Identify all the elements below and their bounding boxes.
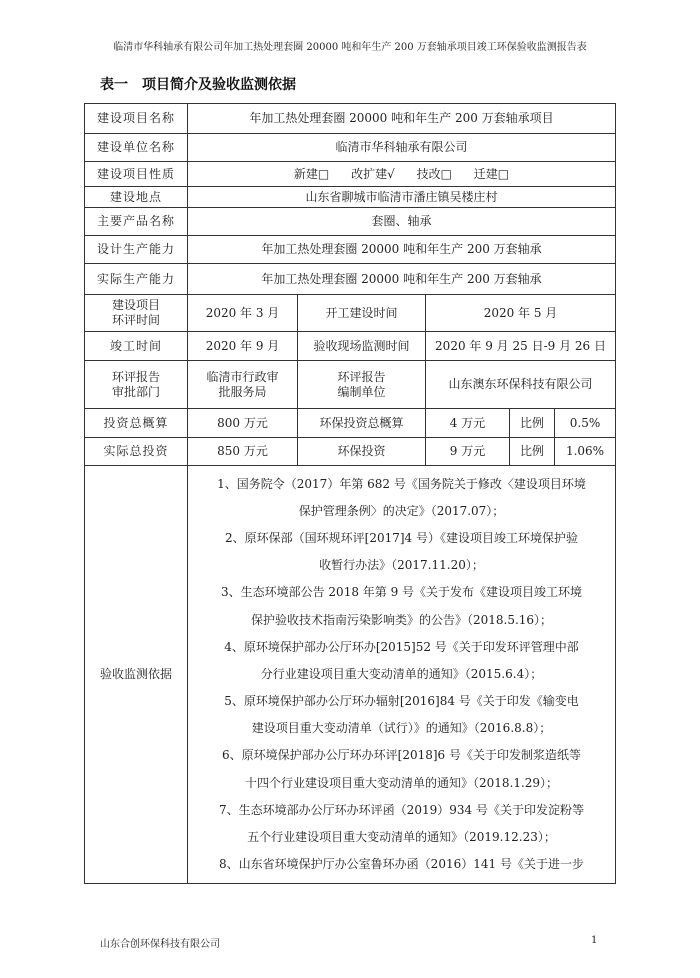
label-monitoring-time: 验收现场监测时间 xyxy=(298,332,426,361)
section-number: 表一 xyxy=(100,77,128,93)
nature-option-relocation: 迁建□ xyxy=(474,167,509,181)
row-products: 主要产品名称 套圈、轴承 xyxy=(85,208,616,236)
value-monitoring-time: 2020 年 9 月 25 日-9 月 26 日 xyxy=(426,332,616,361)
basis-line: 6、原环境保护部办公厅环办环评[2018]6 号《关于印发制浆造纸等 xyxy=(191,742,612,769)
value-actual-env: 9 万元 xyxy=(426,438,510,466)
label-actual-env: 环保投资 xyxy=(298,438,426,466)
label-project-name: 建设项目名称 xyxy=(85,104,188,134)
row-eia-time: 建设项目 环评时间 2020 年 3 月 开工建设时间 2020 年 5 月 xyxy=(85,295,616,332)
nature-option-new: 新建□ xyxy=(294,167,329,181)
label-eia-author: 环评报告 编制单位 xyxy=(298,361,426,409)
basis-line: 5、原环境保护部办公厅环办辐射[2016]84 号《关于印发《输变电 xyxy=(191,688,612,715)
row-basis: 验收监测依据 1、国务院令（2017）年第 682 号《国务院关于修改〈建设项目… xyxy=(85,466,616,884)
section-title-text: 项目简介及验收监测依据 xyxy=(142,77,296,93)
label-approval-dept-line2: 审批部门 xyxy=(88,385,184,400)
row-completion-time: 竣工时间 2020 年 9 月 验收现场监测时间 2020 年 9 月 25 日… xyxy=(85,332,616,361)
value-approval-dept-line2: 批服务局 xyxy=(191,385,294,400)
basis-line: 3、生态环境部公告 2018 年第 9 号《关于发布《建设项目竣工环境 xyxy=(191,579,612,606)
basis-line: 五个行业建设项目重大变动清单的通知》（2019.12.23）； xyxy=(191,824,612,851)
label-eia-author-line1: 环评报告 xyxy=(301,370,422,385)
page-number: 1 xyxy=(591,935,597,946)
value-actual-env-ratio: 1.06% xyxy=(555,438,616,466)
label-basis: 验收监测依据 xyxy=(85,466,188,884)
basis-line: 十四个行业建设项目重大变动清单的通知》（2018.1.29）； xyxy=(191,770,612,797)
section-title: 表一项目简介及验收监测依据 xyxy=(100,74,296,94)
nature-option-renovation: 技改□ xyxy=(417,167,452,181)
footer-company: 山东合创环保科技有限公司 xyxy=(100,935,220,950)
value-design-capacity: 年加工热处理套圈 20000 吨和年生产 200 万套轴承 xyxy=(188,236,616,264)
label-eia-time-line2: 环评时间 xyxy=(88,313,184,328)
label-approval-dept-line1: 环评报告 xyxy=(88,370,184,385)
label-start-time: 开工建设时间 xyxy=(298,295,426,332)
label-eia-author-line2: 编制单位 xyxy=(301,385,422,400)
basis-line: 1、国务院令（2017）年第 682 号《国务院关于修改〈建设项目环境 xyxy=(191,471,612,498)
label-unit-name: 建设单位名称 xyxy=(85,134,188,162)
value-completion-time: 2020 年 9 月 xyxy=(188,332,298,361)
value-total-budget: 800 万元 xyxy=(188,409,298,438)
label-env-budget-ratio: 比例 xyxy=(510,409,555,438)
basis-line: 收暂行办法》（2017.11.20）； xyxy=(191,552,612,579)
label-actual-total: 实际总投资 xyxy=(85,438,188,466)
basis-line: 保护管理条例〉的决定》（2017.07）； xyxy=(191,498,612,525)
basis-line: 建设项目重大变动清单（试行）》的通知》（2016.8.8）； xyxy=(191,715,612,742)
label-design-capacity: 设计生产能力 xyxy=(85,236,188,264)
basis-list: 1、国务院令（2017）年第 682 号《国务院关于修改〈建设项目环境 保护管理… xyxy=(188,466,616,884)
row-unit-name: 建设单位名称 临清市华科轴承有限公司 xyxy=(85,134,616,162)
value-actual-total: 850 万元 xyxy=(188,438,298,466)
project-info-table: 建设项目名称 年加工热处理套圈 20000 吨和年生产 200 万套轴承项目 建… xyxy=(84,103,616,884)
value-eia-author: 山东澳东环保科技有限公司 xyxy=(426,361,616,409)
row-approval: 环评报告 审批部门 临清市行政审 批服务局 环评报告 编制单位 山东澳东环保科技… xyxy=(85,361,616,409)
value-actual-capacity: 年加工热处理套圈 20000 吨和年生产 200 万套轴承 xyxy=(188,264,616,295)
basis-line: 分行业建设项目重大变动清单的通知》（2015.6.4）； xyxy=(191,661,612,688)
row-actual-investment: 实际总投资 850 万元 环保投资 9 万元 比例 1.06% xyxy=(85,438,616,466)
value-unit-name: 临清市华科轴承有限公司 xyxy=(188,134,616,162)
value-project-name: 年加工热处理套圈 20000 吨和年生产 200 万套轴承项目 xyxy=(188,104,616,134)
row-design-capacity: 设计生产能力 年加工热处理套圈 20000 吨和年生产 200 万套轴承 xyxy=(85,236,616,264)
value-location: 山东省聊城市临清市潘庄镇吴楼庄村 xyxy=(188,187,616,208)
value-eia-time: 2020 年 3 月 xyxy=(188,295,298,332)
basis-line: 2、原环保部（国环规环评[2017]4 号）《建设项目竣工环境保护验 xyxy=(191,525,612,552)
label-location: 建设地点 xyxy=(85,187,188,208)
row-actual-capacity: 实际生产能力 年加工热处理套圈 20000 吨和年生产 200 万套轴承 xyxy=(85,264,616,295)
basis-line: 保护验收技术指南污染影响类》的公告》（2018.5.16）； xyxy=(191,607,612,634)
nature-option-expansion: 改扩建√ xyxy=(351,167,395,181)
row-total-budget: 投资总概算 800 万元 环保投资总概算 4 万元 比例 0.5% xyxy=(85,409,616,438)
value-nature: 新建□ 改扩建√ 技改□ 迁建□ xyxy=(188,162,616,187)
label-eia-time-line1: 建设项目 xyxy=(88,298,184,313)
running-header: 临清市华科轴承有限公司年加工热处理套圈 20000 吨和年生产 200 万套轴承… xyxy=(0,38,700,53)
value-start-time: 2020 年 5 月 xyxy=(426,295,616,332)
label-eia-time: 建设项目 环评时间 xyxy=(85,295,188,332)
basis-line: 8、山东省环境保护厅办公室鲁环办函（2016）141 号《关于进一步 xyxy=(191,851,612,878)
label-actual-env-ratio: 比例 xyxy=(510,438,555,466)
label-env-budget: 环保投资总概算 xyxy=(298,409,426,438)
basis-line: 7、生态环境部办公厅环办环评函（2019）934 号《关于印发淀粉等 xyxy=(191,797,612,824)
value-env-budget-ratio: 0.5% xyxy=(555,409,616,438)
value-env-budget: 4 万元 xyxy=(426,409,510,438)
label-nature: 建设项目性质 xyxy=(85,162,188,187)
label-actual-capacity: 实际生产能力 xyxy=(85,264,188,295)
label-total-budget: 投资总概算 xyxy=(85,409,188,438)
label-products: 主要产品名称 xyxy=(85,208,188,236)
value-approval-dept: 临清市行政审 批服务局 xyxy=(188,361,298,409)
row-project-name: 建设项目名称 年加工热处理套圈 20000 吨和年生产 200 万套轴承项目 xyxy=(85,104,616,134)
row-location: 建设地点 山东省聊城市临清市潘庄镇吴楼庄村 xyxy=(85,187,616,208)
row-nature: 建设项目性质 新建□ 改扩建√ 技改□ 迁建□ xyxy=(85,162,616,187)
label-completion-time: 竣工时间 xyxy=(85,332,188,361)
label-approval-dept: 环评报告 审批部门 xyxy=(85,361,188,409)
value-approval-dept-line1: 临清市行政审 xyxy=(191,370,294,385)
basis-line: 4、原环境保护部办公厅环办[2015]52 号《关于印发环评管理中部 xyxy=(191,634,612,661)
value-products: 套圈、轴承 xyxy=(188,208,616,236)
